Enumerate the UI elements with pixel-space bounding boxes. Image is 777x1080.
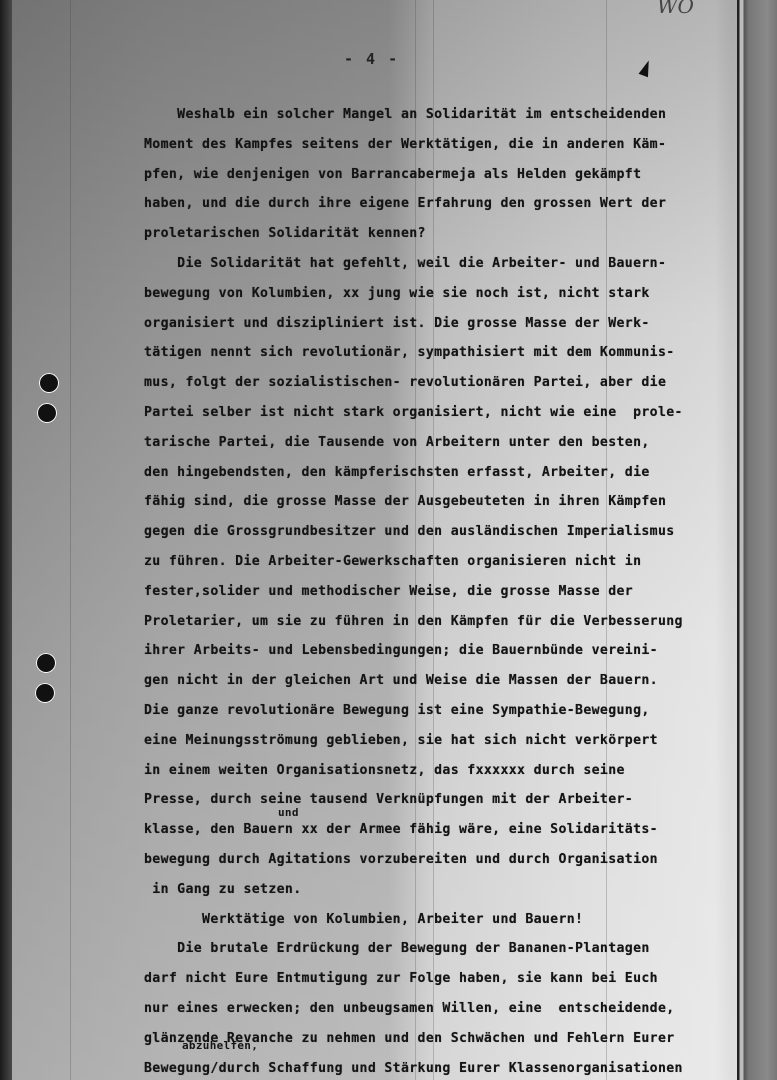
text-line: klasse, den Bauern xx der Armee fähig wä… bbox=[144, 815, 734, 845]
text-line: in einem weiten Organisationsnetz, das f… bbox=[144, 756, 734, 786]
text-line: eine Meinungsströmung geblieben, sie hat… bbox=[144, 726, 734, 756]
text-line: gegen die Grossgrundbesitzer und den aus… bbox=[144, 517, 734, 547]
text-line: Werktätige von Kolumbien, Arbeiter und B… bbox=[144, 905, 734, 935]
punch-hole bbox=[37, 403, 57, 423]
punch-hole bbox=[39, 373, 59, 393]
text-line: gen nicht in der gleichen Art und Weise … bbox=[144, 666, 734, 696]
text-line: nur eines erwecken; den unbeugsamen Will… bbox=[144, 994, 734, 1024]
text-line: fähig sind, die grosse Masse der Ausgebe… bbox=[144, 487, 734, 517]
text-line: Moment des Kampfes seitens der Werktätig… bbox=[144, 130, 734, 160]
text-line: darf nicht Eure Entmutigung zur Folge ha… bbox=[144, 964, 734, 994]
text-line: proletarischen Solidarität kennen? bbox=[144, 219, 734, 249]
text-line: tarische Partei, die Tausende von Arbeit… bbox=[144, 428, 734, 458]
text-line: pfen, wie denjenigen von Barrancabermeja… bbox=[144, 160, 734, 190]
text-line: Presse, durch seine tausend Verknüpfunge… bbox=[144, 785, 734, 815]
scan-streak bbox=[70, 0, 71, 1080]
text-line: ihrer Arbeits- und Lebensbedingungen; di… bbox=[144, 636, 734, 666]
text-line: bewegung durch Agitations vorzubereiten … bbox=[144, 845, 734, 875]
text-line: Die brutale Erdrückung der Bewegung der … bbox=[144, 934, 734, 964]
text-line: Proletarier, um sie zu führen in den Käm… bbox=[144, 607, 734, 637]
text-line: Partei selber ist nicht stark organisier… bbox=[144, 398, 734, 428]
handwritten-corner-annotation: WO bbox=[657, 0, 694, 18]
text-line: organisiert und diszipliniert ist. Die g… bbox=[144, 309, 734, 339]
text-line: in Gang zu setzen. bbox=[144, 875, 734, 905]
text-line: Weshalb ein solcher Mangel an Solidaritä… bbox=[144, 100, 734, 130]
page-number: - 4 - bbox=[344, 50, 399, 68]
text-line: zu führen. Die Arbeiter-Gewerkschaften o… bbox=[144, 547, 734, 577]
text-line: Bewegung/durch Schaffung und Stärkung Eu… bbox=[144, 1054, 734, 1080]
text-line: tätigen nennt sich revolutionär, sympath… bbox=[144, 338, 734, 368]
interlinear-insert-und: und bbox=[278, 806, 299, 819]
text-line: fester,solider und methodischer Weise, d… bbox=[144, 577, 734, 607]
text-line: Die ganze revolutionäre Bewegung ist ein… bbox=[144, 696, 734, 726]
text-line: bewegung von Kolumbien, xx jung wie sie … bbox=[144, 279, 734, 309]
text-line: mus, folgt der sozialistischen- revoluti… bbox=[144, 368, 734, 398]
punch-hole bbox=[36, 653, 56, 673]
text-line: haben, und die durch ihre eigene Erfahru… bbox=[144, 189, 734, 219]
interlinear-insert-abzuhelfen: abzuhelfen, bbox=[182, 1039, 258, 1052]
text-line: den hingebendsten, den kämpferischsten e… bbox=[144, 458, 734, 488]
text-line: Die Solidarität hat gefehlt, weil die Ar… bbox=[144, 249, 734, 279]
typed-body-text: Weshalb ein solcher Mangel an Solidaritä… bbox=[144, 100, 734, 1080]
punch-hole bbox=[35, 683, 55, 703]
page-left-edge bbox=[0, 0, 12, 1080]
page-right-edge bbox=[737, 0, 777, 1080]
